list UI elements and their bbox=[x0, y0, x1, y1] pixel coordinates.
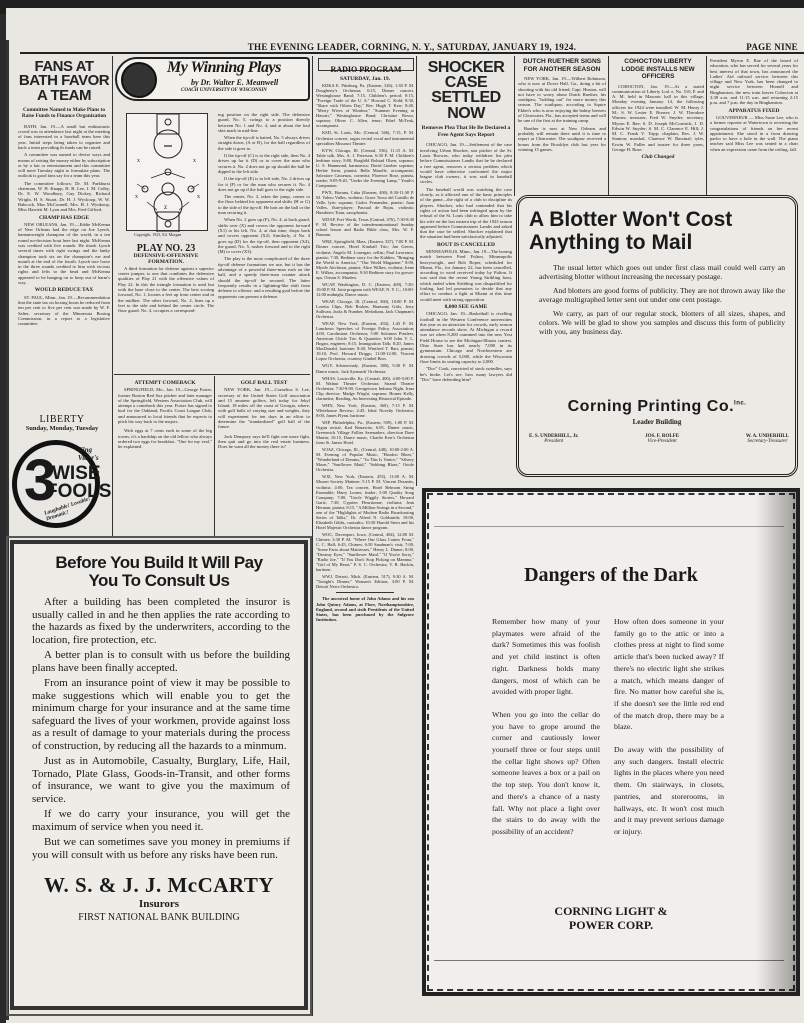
winning-plays-banner: My Winning Plays by Dr. Walter E. Meanwe… bbox=[115, 57, 310, 101]
blotter-headline-line1: A Blotter Won't Cost bbox=[529, 208, 789, 231]
officer: W. A. UNDERHILLSecretary-Treasurer bbox=[746, 434, 789, 444]
insurance-headline-line1: Before You Build It Will Pay bbox=[14, 554, 304, 572]
play-paragraph: If the tip-off (C) is to the right side,… bbox=[218, 153, 310, 174]
radio-station: WEAP, Chicago, Ill. (Central, 360), 10:0… bbox=[316, 299, 414, 319]
svg-text:x: x bbox=[135, 194, 138, 200]
insurance-paragraph: A better plan is to consult with us befo… bbox=[32, 649, 290, 674]
fans-headline: FANS AT BATH FAVOR A TEAM bbox=[18, 60, 110, 103]
radio-station: WHN, New York, (Eastern, 360), 7:15 P. M… bbox=[316, 403, 414, 418]
comeback-paragraph: SPRINGFIELD, Mo., Jan. 19—George Foster,… bbox=[118, 387, 212, 424]
radio-station: KSD, St. Louis, Mo. (Central, 546), 7:15… bbox=[316, 130, 414, 145]
radio-divider bbox=[336, 592, 395, 593]
lodge-story: COHOCTON LIBERTY LODGE INSTALLS NEW OFFI… bbox=[612, 58, 704, 190]
comeback-subhead: ATTEMPT COMEBACK bbox=[118, 381, 212, 386]
apparatus-paragraph: GOUVERNEUR — Miss Susie Lee, who is a fo… bbox=[710, 115, 798, 152]
dangers-paragraph: Do away with the possibility of any such… bbox=[614, 744, 724, 838]
liberty-theater: LIBERTY bbox=[14, 414, 110, 425]
bout-paragraph: MINNEAPOLIS, Minn., Jan. 19—The boxing m… bbox=[420, 249, 512, 302]
insurance-firm: W. S. & J. J. McCARTY bbox=[14, 873, 304, 898]
play-heading: PLAY NO. 23 bbox=[118, 246, 214, 251]
insurance-firm-sub: Insurors bbox=[14, 898, 304, 910]
dangers-title: Dangers of the Dark bbox=[426, 564, 796, 587]
champ-subhead: CHAMP HAS EDGE bbox=[18, 216, 110, 221]
comeback-story: ATTEMPT COMEBACK SPRINGFIELD, Mo., Jan. … bbox=[118, 378, 212, 534]
play23-column-left: PLAY NO. 23 DEFENSIVE-OFFENSIVE FORMATIO… bbox=[118, 244, 214, 370]
ruether-story: DUTCH RUETHER SIGNS FOR ANOTHER SEASON N… bbox=[518, 58, 606, 190]
game-paragraph: CHICAGO, Jan. 19—Basketball is rivalling… bbox=[420, 311, 512, 364]
lodge-headline: COHOCTON LIBERTY LODGE INSTALLS NEW OFFI… bbox=[612, 58, 704, 81]
bout-subhead: BOUT IS CANCELLED bbox=[420, 243, 512, 248]
shocker-paragraph: The baseball world was watching the case… bbox=[420, 187, 512, 240]
blotter-ad: A Blotter Won't Cost Anything to Mail Th… bbox=[516, 195, 798, 477]
radio-station: WGY, Schenectady, (Eastern, 380), 9:30 P… bbox=[316, 363, 414, 373]
radio-station: WDAP, Fort Worth, Texas (Central, 476), … bbox=[316, 217, 414, 237]
winning-plays-title: My Winning Plays bbox=[167, 59, 281, 77]
dangers-right-column: How often does someone in your family go… bbox=[614, 616, 724, 849]
dangers-firm-line1: CORNING LIGHT & bbox=[426, 904, 796, 918]
column-rule bbox=[112, 56, 113, 536]
svg-text:x: x bbox=[197, 194, 200, 200]
golf-story: GOLF BALL TEST NEW YORK, Jan. 19.—Cornel… bbox=[218, 378, 310, 534]
play-paragraph: The play is the most complicated of the … bbox=[218, 256, 310, 298]
lodge-story-continued: President Myron E. Rae of the board of e… bbox=[710, 58, 798, 190]
ruether-paragraph: NEW YORK, Jan. 19.—Wilbert Robinson, who… bbox=[518, 76, 606, 124]
lodge-paragraph: COHOCTON, Jan. 19.—At a stated communica… bbox=[612, 84, 704, 153]
radio-date: SATURDAY, Jan. 19. bbox=[316, 77, 414, 82]
insurance-body: After a building has been completed the … bbox=[14, 590, 304, 861]
radio-station: PWX, Havana, Cuba (Eastern, 400), 8:30-1… bbox=[316, 190, 414, 215]
dangers-paragraph: When you go into the cellar do you have … bbox=[492, 709, 600, 838]
officer-title: Vice-President bbox=[645, 439, 679, 444]
ruether-paragraph: Ruether is now at New Orleans and probab… bbox=[518, 126, 606, 152]
radio-station: WJAZ, Chicago, Ill., (Central, 448), 10:… bbox=[316, 447, 414, 472]
dangers-paragraph: Remember how many of your playmates were… bbox=[492, 616, 600, 698]
svg-text:x: x bbox=[137, 158, 140, 164]
officer: E. S. UNDERHILL, Jr.President bbox=[529, 434, 578, 444]
insurance-paragraph: If we do carry your insurance, you will … bbox=[32, 808, 290, 833]
liberty-title-fools: FOOLS bbox=[46, 482, 111, 501]
column-rule bbox=[514, 56, 515, 196]
play-diagram-icon: x x x x z bbox=[127, 114, 209, 232]
radio-station: KDKA E. Pittsburg, Pa. (Eastern, 326); 1… bbox=[316, 83, 414, 128]
shocker-headline: SHOCKER CASE SETTLED NOW bbox=[420, 60, 512, 121]
golf-paragraph: Jack Dempsey says he'll fight one more f… bbox=[218, 434, 310, 450]
radio-footnote: The ancestral home of John Adams and his… bbox=[316, 596, 414, 621]
play-paragraph: The center, No. 3, takes the jump, comes… bbox=[218, 194, 310, 215]
officer: JOS. F. ROLFEVice-President bbox=[645, 434, 679, 444]
play-paragraph: A third formation for defense against a … bbox=[118, 266, 214, 314]
blotter-body: The usual letter which goes out under fi… bbox=[539, 264, 785, 336]
insurance-headline: Before You Build It Will Pay You To Cons… bbox=[14, 554, 304, 590]
play-paragraph: ing position on the right side. The defe… bbox=[218, 112, 310, 133]
golf-paragraph: NEW YORK, Jan. 19.—Cornelius S. Lee, sec… bbox=[218, 387, 310, 429]
champ-paragraph: NEW ORLEANS, Jan. 19.—Eddie McKenna of N… bbox=[18, 222, 110, 286]
insurance-paragraph: Just as in Automobile, Casualty, Burglar… bbox=[32, 755, 290, 805]
blotter-paragraph: The usual letter which goes out under fi… bbox=[539, 264, 785, 281]
insurance-paragraph: But we can sometimes save you money in p… bbox=[32, 836, 290, 861]
blotter-headline-line2: Anything to Mail bbox=[529, 231, 789, 254]
dangers-ad: Dangers of the Dark Remember how many of… bbox=[422, 488, 800, 996]
insurance-ad: Before You Build It Will Pay You To Cons… bbox=[10, 540, 308, 1010]
shocker-deck: Removes Plea That He Be Declared a Free … bbox=[420, 125, 512, 139]
radio-station: WIP, Philadelphia, Pa., (Eastern, 509), … bbox=[316, 420, 414, 445]
radio-station: WOC, Davenport, Iowa, (Central, 484), 12… bbox=[316, 532, 414, 572]
play-paragraph: When No. 2 goes up (F), No. 4, at back g… bbox=[218, 217, 310, 254]
blotter-paragraph: We carry, as part of our regular stock, … bbox=[539, 310, 785, 336]
blotter-officers: E. S. UNDERHILL, Jr.President JOS. F. RO… bbox=[529, 434, 789, 444]
radio-station: WEAF, New York, (Eastern, 492), 1:45 P. … bbox=[316, 321, 414, 361]
liberty-days: Sunday, Monday, Tuesday bbox=[14, 425, 110, 432]
blotter-firm: Corning Printing Co.Inc. bbox=[519, 398, 795, 416]
page-number: PAGE NINE bbox=[746, 42, 798, 52]
play-subheading: DEFENSIVE-OFFENSIVE FORMATION. bbox=[118, 254, 214, 265]
masthead: THE EVENING LEADER, CORNING, N. Y., SATU… bbox=[20, 42, 804, 54]
liberty-presenter: King Vidor's bbox=[78, 446, 110, 462]
tax-subhead: WOULD REDUCE TAX bbox=[18, 288, 110, 293]
radio-station: WHAS, Louisville, Ky. (Central, 400), 4:… bbox=[316, 376, 414, 401]
dangers-bottom-rule bbox=[434, 960, 784, 961]
winning-plays-affiliation: COACH UNIVERSITY OF WISCONSIN bbox=[181, 88, 267, 93]
officer-title: President bbox=[529, 439, 578, 444]
fans-paragraph: The committee follows: Dr. M. Parkhurst … bbox=[18, 181, 110, 213]
blotter-headline: A Blotter Won't Cost Anything to Mail bbox=[529, 208, 789, 254]
fans-paragraph: A committee was named to devise ways and… bbox=[18, 152, 110, 178]
golf-subhead: GOLF BALL TEST bbox=[218, 381, 310, 386]
blotter-building: Leader Building bbox=[519, 418, 795, 426]
dangers-paragraph: How often does someone in your family go… bbox=[614, 616, 724, 733]
lodge-paragraph: President Myron E. Rae of the board of e… bbox=[710, 58, 798, 106]
radio-heading-box: RADIO PROGRAM bbox=[318, 58, 414, 71]
radio-station: WJZ, New York, (Eastern, 455), 11:00 A. … bbox=[316, 474, 414, 530]
game-subhead: 8,000 SEE GAME bbox=[420, 305, 512, 310]
coach-portrait bbox=[121, 62, 157, 98]
tax-paragraph: ST. PAUL, Minn., Jan. 19.—Recommendation… bbox=[18, 295, 110, 327]
svg-text:x: x bbox=[193, 158, 196, 164]
column-rule bbox=[608, 56, 609, 196]
column-rule bbox=[706, 56, 707, 196]
radio-station: WCAP, Washington, D. C. (Eastern, 469), … bbox=[316, 282, 414, 297]
game-paragraph: "Doc" Cook, convicted of stock swindles,… bbox=[420, 366, 512, 382]
dangers-firm-line2: POWER CORP. bbox=[426, 918, 796, 932]
section-rule bbox=[114, 374, 310, 375]
svg-text:z: z bbox=[164, 203, 167, 211]
ruether-headline: DUTCH RUETHER SIGNS FOR ANOTHER SEASON bbox=[518, 58, 606, 73]
dangers-top-rule bbox=[434, 526, 784, 527]
radio-station: WWJ, Detroit, Mich. (Eastern, 517), 9:30… bbox=[316, 574, 414, 589]
lodge-subhead: Club Changed bbox=[612, 155, 704, 160]
play23-column-right: ing position on the right side. The defe… bbox=[218, 112, 310, 370]
radio-heading: RADIO PROGRAM bbox=[331, 65, 402, 74]
dangers-left-column: Remember how many of your playmates were… bbox=[492, 616, 600, 849]
blotter-paragraph: And blotters are good forms of publicity… bbox=[539, 287, 785, 304]
fans-paragraph: BATH, Jan. 19.—A small but enthusiastic … bbox=[18, 124, 110, 150]
apparatus-subhead: APPARATUS FIXED bbox=[710, 109, 798, 114]
fans-story: FANS AT BATH FAVOR A TEAM Committee Name… bbox=[18, 58, 110, 410]
insurance-paragraph: After a building has been completed the … bbox=[32, 596, 290, 646]
radio-station: KYW, Chicago, Ill. (Central, 536), 11:15… bbox=[316, 148, 414, 188]
column-rule bbox=[214, 376, 215, 536]
comeback-paragraph: With eggs at 7 cents each in some of the… bbox=[118, 428, 212, 449]
column-rule bbox=[416, 56, 417, 486]
play-paragraph: If the tip-off (E) is to left side, No. … bbox=[218, 176, 310, 192]
insurance-paragraph: From an insurance point of view it may b… bbox=[32, 677, 290, 752]
shocker-paragraph: CHICAGO, Jan. 19.—Settlement of the case… bbox=[420, 142, 512, 184]
insurance-address: FIRST NATIONAL BANK BUILDING bbox=[14, 912, 304, 923]
basketball-court-diagram: x x x x z bbox=[126, 113, 208, 231]
officer-title: Secretary-Treasurer bbox=[746, 439, 789, 444]
radio-station: WBZ, Springfield, Mass. (Eastern, 337), … bbox=[316, 239, 414, 279]
insurance-headline-line2: You To Consult Us bbox=[14, 572, 304, 590]
blotter-firm-name: Corning Printing Co. bbox=[568, 398, 734, 415]
shocker-story: SHOCKER CASE SETTLED NOW Removes Plea Th… bbox=[420, 58, 512, 488]
winning-plays-byline: by Dr. Walter E. Meanwell bbox=[191, 78, 278, 87]
fans-deck: Committee Named to Make Plans to Raise F… bbox=[18, 107, 110, 120]
diagram-copyright: Copyright, 1923, Ed. Morgan bbox=[134, 232, 181, 237]
play-paragraph: When the tip-off is batted, No. 5 always… bbox=[218, 135, 310, 151]
dangers-firm: CORNING LIGHT & POWER CORP. bbox=[426, 904, 796, 932]
blotter-firm-suffix: Inc. bbox=[734, 401, 746, 407]
radio-program: SATURDAY, Jan. 19. KDKA E. Pittsburg, Pa… bbox=[316, 74, 414, 1014]
masthead-text: THE EVENING LEADER, CORNING, N. Y., SATU… bbox=[248, 42, 577, 52]
column-rule bbox=[312, 56, 313, 1016]
